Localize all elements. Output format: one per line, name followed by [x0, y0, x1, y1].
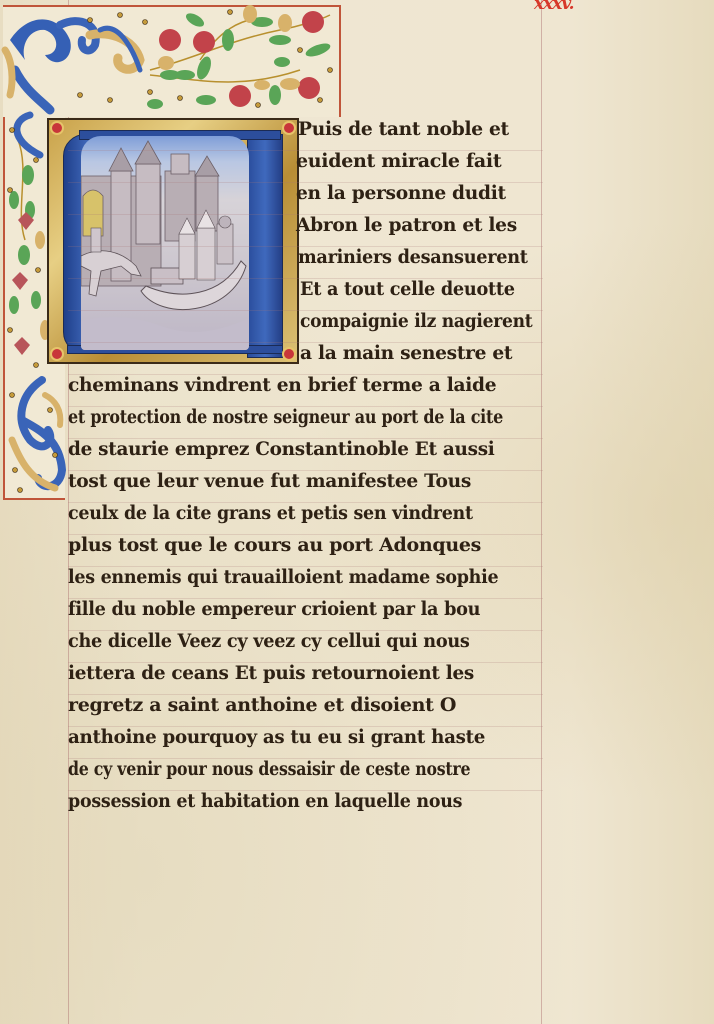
- text-line: plus tost que le cours au port Adonques: [68, 534, 481, 556]
- miniature-scene: [81, 136, 249, 350]
- boss-ornament: [50, 121, 64, 135]
- text-line: Abron le patron et les: [296, 214, 517, 236]
- text-line: en la personne dudit: [296, 182, 506, 204]
- boss-ornament: [50, 347, 64, 361]
- text-line: Puis de tant noble et: [298, 118, 509, 140]
- text-line: regretz a saint anthoine et disoient O: [68, 694, 456, 716]
- text-line: de cy venir pour nous dessaisir de ceste…: [68, 758, 470, 780]
- text-line: possession et habitation en laquelle nou…: [68, 790, 462, 812]
- text-line: anthoine pourquoy as tu eu si grant hast…: [68, 726, 485, 748]
- text-line: iettera de ceans Et puis retournoient le…: [68, 662, 474, 684]
- text-line: de staurie emprez Constantinoble Et auss…: [68, 438, 495, 460]
- text-line: et protection de nostre seigneur au port…: [68, 406, 503, 428]
- text-line: ceulx de la cite grans et petis sen vind…: [68, 502, 473, 524]
- ruling-right: [541, 0, 542, 1024]
- text-line: euident miracle fait: [296, 150, 501, 172]
- ship-arrival-scene: [81, 136, 249, 350]
- folio-number: xxxv.: [534, 0, 574, 14]
- manuscript-page: xxxv.: [0, 0, 714, 1024]
- text-line: compaignie ilz nagierent: [300, 310, 532, 332]
- text-line: a la main senestre et: [300, 342, 512, 364]
- text-line: Et a tout celle deuotte: [300, 278, 515, 300]
- text-line: les ennemis qui trauailloient madame sop…: [68, 566, 498, 588]
- text-line: cheminans vindrent en brief terme a laid…: [68, 374, 496, 396]
- text-line: fille du noble empereur crioient par la …: [68, 598, 480, 620]
- historiated-initial: [47, 118, 299, 364]
- text-line: tost que leur venue fut manifestee Tous: [68, 470, 471, 492]
- text-line: che dicelle Veez cy veez cy cellui qui n…: [68, 630, 470, 652]
- text-line: mariniers desansuerent: [298, 246, 528, 268]
- boss-ornament: [282, 121, 296, 135]
- boss-ornament: [282, 347, 296, 361]
